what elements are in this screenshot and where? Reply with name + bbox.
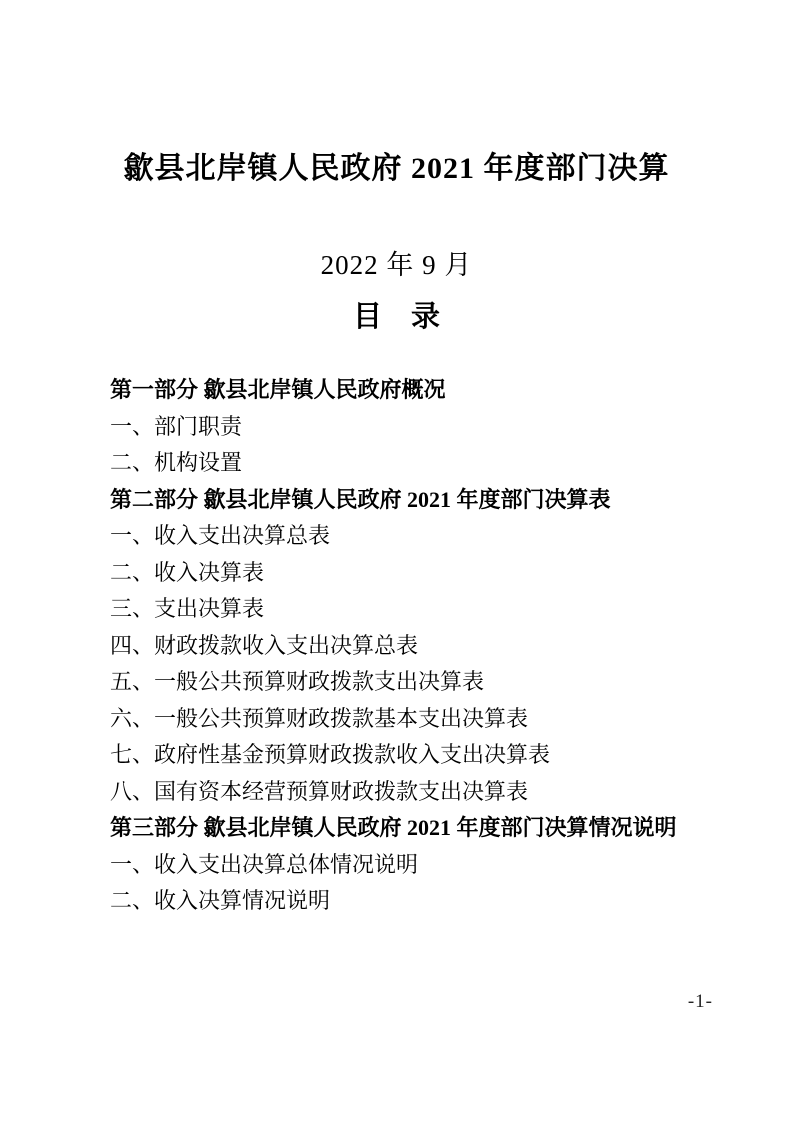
toc-item: 七、政府性基金预算财政拨款收入支出决算表	[110, 737, 706, 774]
toc-item: 六、一般公共预算财政拨款基本支出决算表	[110, 701, 706, 738]
toc-item: 一、收入支出决算总表	[110, 518, 706, 555]
toc-heading: 目 录	[0, 294, 793, 335]
toc-section-2-heading: 第二部分 歙县北岸镇人民政府 2021 年度部门决算表	[110, 482, 706, 519]
toc-item: 三、支出决算表	[110, 591, 706, 628]
toc-item: 八、国有资本经营预算财政拨款支出决算表	[110, 774, 706, 811]
toc-section-1-heading: 第一部分 歙县北岸镇人民政府概况	[110, 372, 706, 409]
toc-item: 二、机构设置	[110, 445, 706, 482]
toc-item: 五、一般公共预算财政拨款支出决算表	[110, 664, 706, 701]
toc-item: 二、收入决算表	[110, 555, 706, 592]
toc-section-3-heading: 第三部分 歙县北岸镇人民政府 2021 年度部门决算情况说明	[110, 810, 706, 847]
toc-item: 四、财政拨款收入支出决算总表	[110, 628, 706, 665]
document-date: 2022 年 9 月	[0, 243, 793, 282]
document-page: 歙县北岸镇人民政府 2021 年度部门决算 2022 年 9 月 目 录 第一部…	[0, 0, 793, 1122]
toc-item: 一、收入支出决算总体情况说明	[110, 847, 706, 884]
page-number: -1-	[0, 991, 713, 1013]
document-title: 歙县北岸镇人民政府 2021 年度部门决算	[0, 143, 793, 187]
toc-item: 二、收入决算情况说明	[110, 883, 706, 920]
toc-item: 一、部门职责	[110, 409, 706, 446]
table-of-contents: 第一部分 歙县北岸镇人民政府概况 一、部门职责 二、机构设置 第二部分 歙县北岸…	[110, 372, 706, 920]
